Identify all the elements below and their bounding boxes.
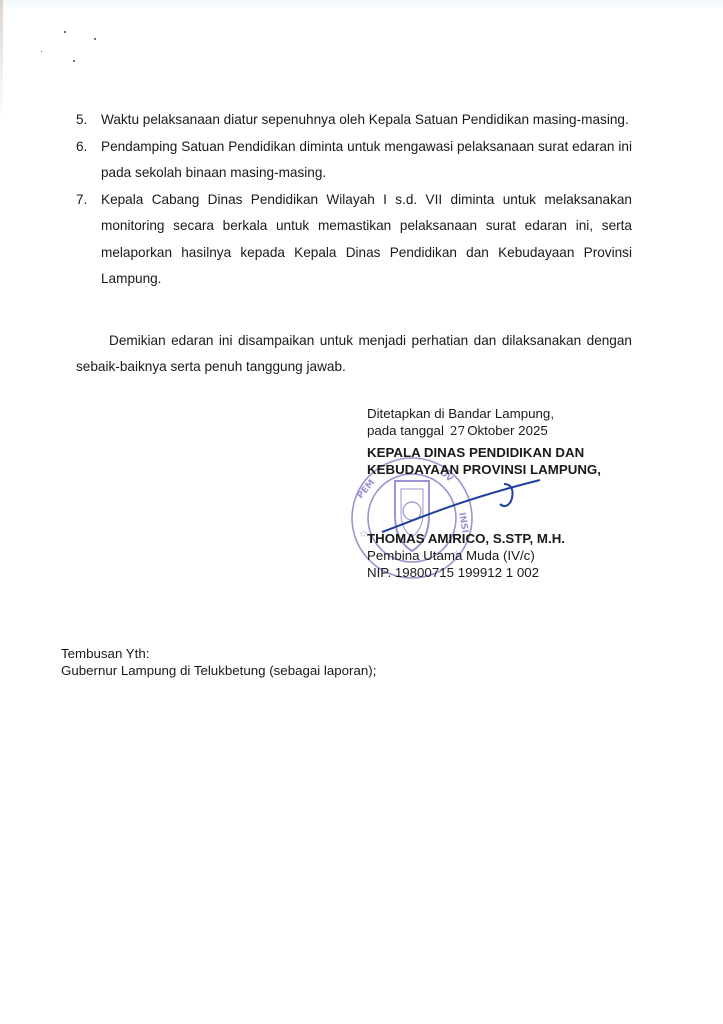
date-line: pada tanggal27Oktober 2025: [367, 422, 601, 440]
signature-block: Ditetapkan di Bandar Lampung, pada tangg…: [367, 405, 601, 581]
position-line-2: KEBUDAYAAN PROVINSI LAMPUNG,: [367, 461, 601, 478]
scan-speck: [73, 60, 75, 62]
list-item-number: 5.: [76, 107, 87, 134]
list-item-number: 7.: [76, 187, 87, 214]
instruction-list: 5. Waktu pelaksanaan diatur sepenuhnya o…: [76, 107, 632, 293]
closing-paragraph: Demikian edaran ini disampaikan untuk me…: [76, 328, 632, 381]
scan-top-edge: [0, 0, 723, 9]
signatory-nip: NIP. 19800715 199912 1 002: [367, 564, 601, 581]
date-rest: Oktober 2025: [467, 423, 548, 438]
list-item: 5. Waktu pelaksanaan diatur sepenuhnya o…: [76, 107, 632, 134]
list-item-text: Pendamping Satuan Pendidikan diminta unt…: [101, 139, 632, 181]
signatory-rank: Pembina Utama Muda (IV/c): [367, 547, 601, 564]
list-item-text: Kepala Cabang Dinas Pendidikan Wilayah I…: [101, 192, 632, 287]
scan-speck: [94, 38, 96, 40]
signatory-name: THOMAS AMIRICO, S.STP, M.H.: [367, 530, 601, 547]
scan-speck: [64, 31, 66, 33]
place-line: Ditetapkan di Bandar Lampung,: [367, 405, 601, 422]
scan-speck: [41, 51, 42, 52]
position-line-1: KEPALA DINAS PENDIDIKAN DAN: [367, 444, 601, 461]
cc-recipient: Gubernur Lampung di Telukbetung (sebagai…: [61, 662, 376, 679]
list-item: 6. Pendamping Satuan Pendidikan diminta …: [76, 134, 632, 187]
scan-left-edge: [0, 0, 3, 120]
list-item-text: Waktu pelaksanaan diatur sepenuhnya oleh…: [101, 112, 629, 127]
date-day: 27: [450, 424, 465, 438]
list-item-number: 6.: [76, 134, 87, 161]
carbon-copy: Tembusan Yth: Gubernur Lampung di Telukb…: [61, 645, 376, 679]
date-prefix: pada tanggal: [367, 423, 444, 438]
cc-heading: Tembusan Yth:: [61, 645, 376, 662]
list-item: 7. Kepala Cabang Dinas Pendidikan Wilaya…: [76, 187, 632, 293]
